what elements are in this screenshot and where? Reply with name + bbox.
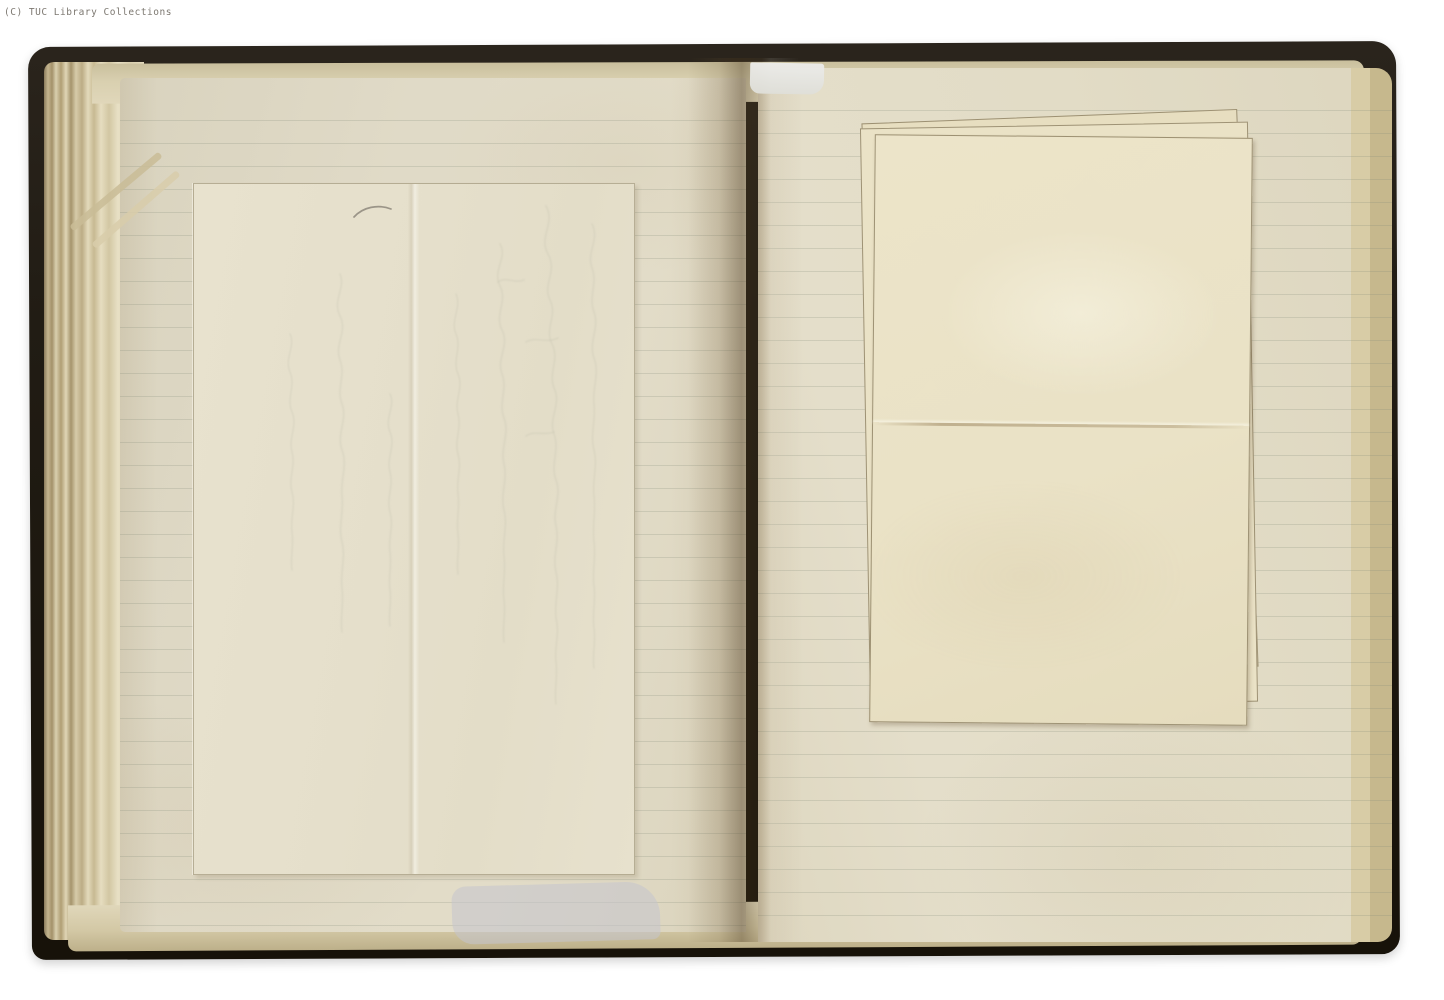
pencil-mark [354, 207, 391, 217]
insert-sheet-front [869, 134, 1253, 726]
pasted-letter-left [193, 183, 635, 875]
ghost-handwriting [194, 184, 634, 874]
letter-horizontal-fold [873, 422, 1249, 429]
torn-paper-patch [750, 62, 825, 94]
inserted-letter-stack [860, 112, 1264, 730]
copyright-watermark: (C) TUC Library Collections [4, 7, 172, 18]
tape-repair-patch [451, 881, 661, 945]
